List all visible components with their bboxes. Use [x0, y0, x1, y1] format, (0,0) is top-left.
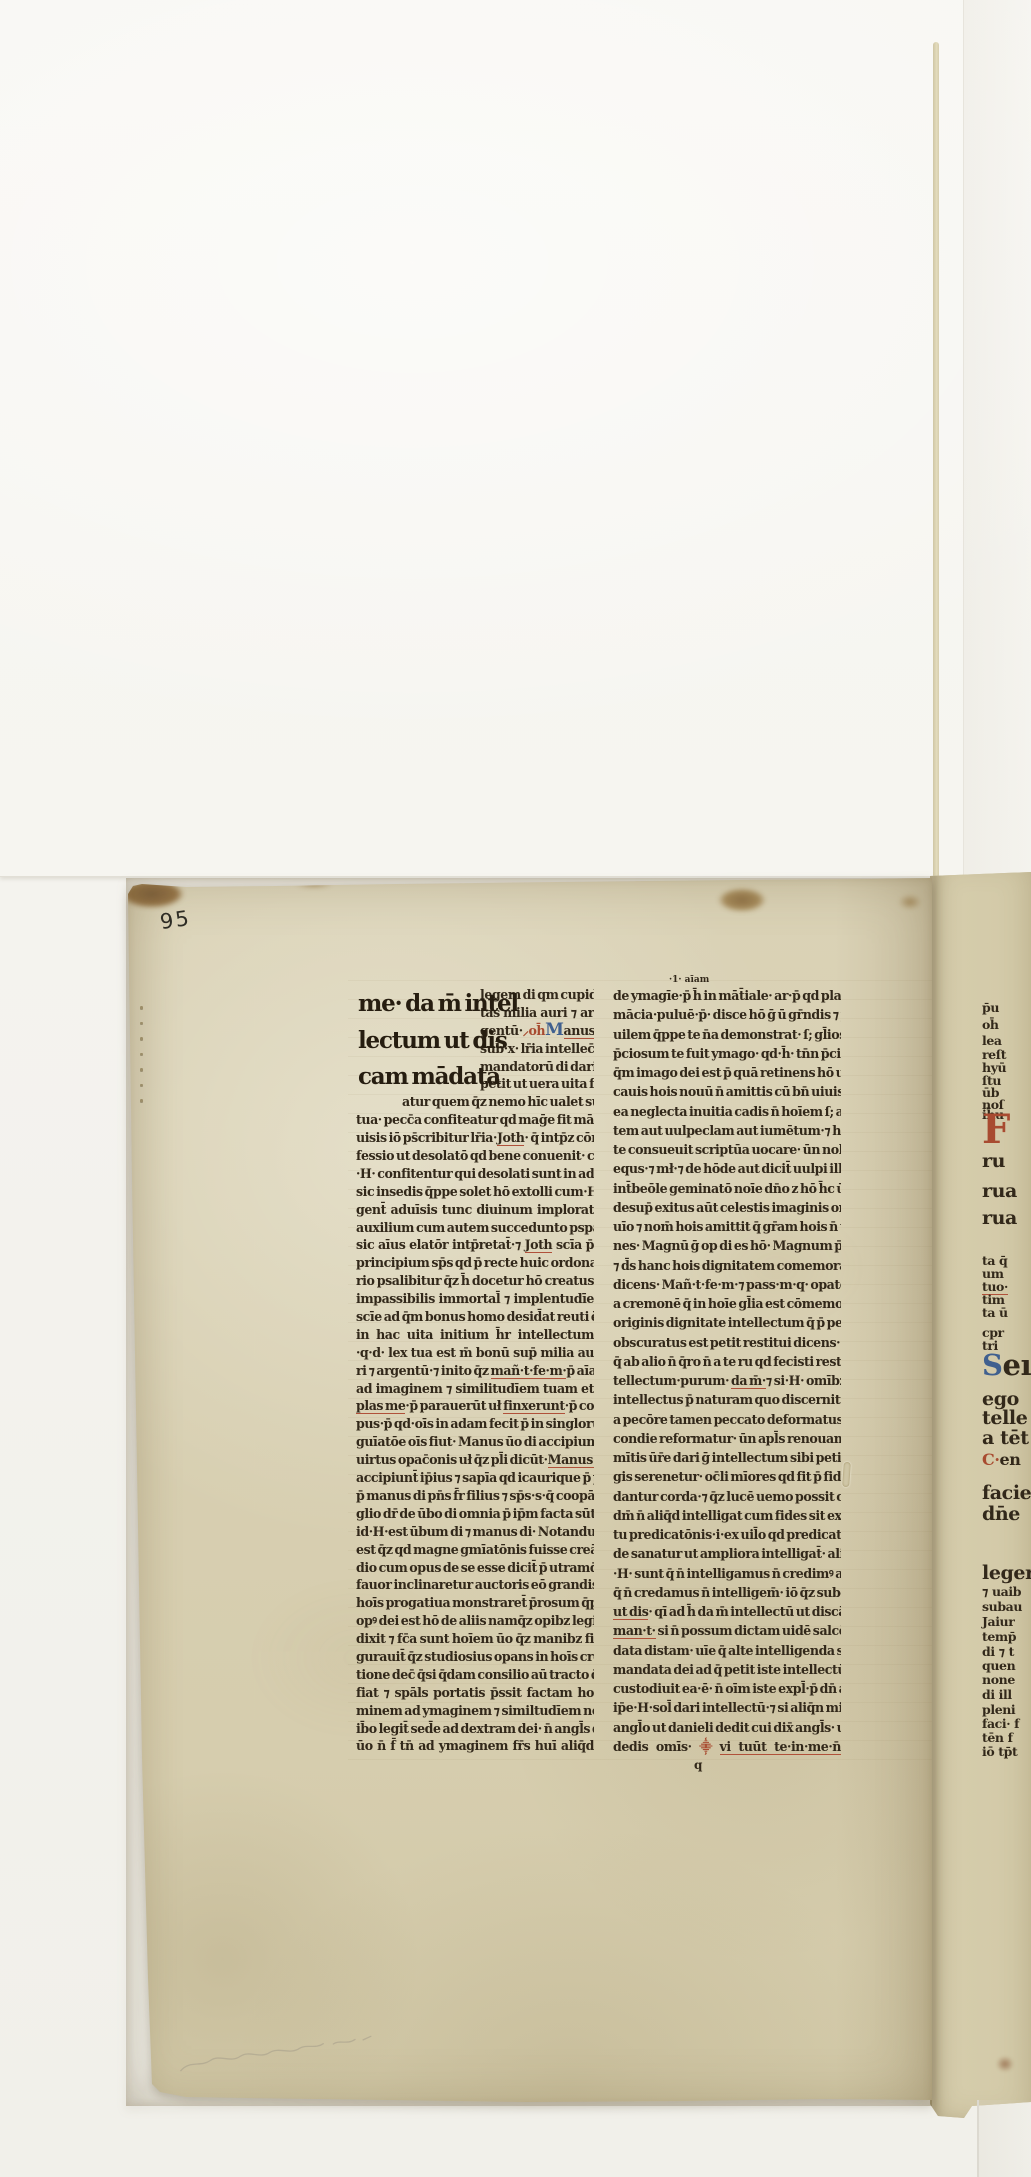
red-underlined-lemma: Manus t·: [548, 1452, 594, 1468]
manuscript-leaf: 95 me· da m̄ intel lectum ut dis cam mād…: [126, 878, 932, 2106]
gloss-line: condie reformatur· ūn apl̄s renouamini s…: [613, 1429, 841, 1448]
conjoint-leaf-line: temp̄: [982, 1629, 1016, 1644]
gloss-line: id·H·est ūbum di ⁊ manus di· Notandum: [356, 1523, 594, 1541]
gloss-line: custodiuit ea·ē· n̄ oīm iste expl̄·p̄ dn…: [613, 1679, 841, 1698]
gloss-line: dm̄ n̄ aliq̄d intelligat cum fides sit e…: [613, 1506, 841, 1525]
gloss-line: fauor inclinaretur auctoris eō grandissi…: [356, 1576, 594, 1594]
rubric-text: ⸎: [699, 1739, 712, 1754]
gloss-line: uilem q̄ppe te n̄a demonstrat· ſ; gl̄ios…: [613, 1025, 841, 1044]
gloss-line: mandata dei ad q̄ petit iste intellectū …: [613, 1660, 841, 1679]
gloss-line: gis serenetur· oc̄li mīores qd fit p̄ fi…: [613, 1467, 841, 1486]
gloss-line: originis dignitate intellectum q̄ p̄ pec…: [613, 1313, 841, 1332]
gloss-line: a pecōre tamen peccato deformatus est et: [613, 1410, 841, 1429]
gloss-line: tu predicatōnis·i·ex uil̄o qd predicatur…: [613, 1525, 841, 1544]
conjoint-leaf-line: ru: [982, 1150, 1005, 1172]
gloss-line: ·q·d· lex tua est m̄ bonū sup̄ milia au: [356, 1344, 594, 1362]
gloss-line: p̄ciosum te fuit ymago· qd·h̄· tn̄n p̄ci…: [613, 1044, 841, 1063]
gloss-line: est q̄z qd magne gmīatōnis fuisse creā: [356, 1541, 594, 1559]
gloss-line: dedis omīs· ⸎ vi tuūt te·in·me·n̄: [613, 1737, 841, 1756]
gloss-line: desup̄ exitus aūt celestis imaginis om̄i…: [613, 1198, 841, 1217]
text-column-1: me· da m̄ intel lectum ut dis cam mādata…: [356, 986, 594, 1755]
gloss-line: ip̄e·H·sol̄ dari intellectū·⁊ si aliq̄n …: [613, 1698, 841, 1717]
conjoint-leaf-line: rua: [982, 1207, 1017, 1229]
gloss-line: atur quem q̄z nemo hīc ualet suffi: [402, 1093, 594, 1111]
foliation-number: 95: [158, 906, 192, 934]
conjoint-leaf-line: leger: [982, 1562, 1031, 1584]
gloss-line: ri ⁊ argentū·⁊ inito q̄z mañ·t·fe·m·p̄ a…: [356, 1362, 594, 1380]
red-underlined-lemma: Joth: [525, 1237, 553, 1253]
gloss-line: mītis ūr̄e dari ḡ intellectum sibi petit…: [613, 1448, 841, 1467]
gloss-line: intellectus p̄ naturam quo discernitur h…: [613, 1390, 841, 1409]
gloss-line: uisis iō ps̄cribitur lr̄ia·Joth· q̄ intp…: [356, 1129, 594, 1147]
gloss-line: q̄m imago dei est p̄ quā retinens hō uit…: [613, 1063, 841, 1082]
gloss-line: rio psalibitur q̄z h̄ docetur hō creatus: [356, 1272, 594, 1290]
gloss-line: fiat ⁊ spāls portatis p̄ssit factam ho: [356, 1684, 594, 1702]
conjoint-leaf-line: telle: [982, 1407, 1027, 1429]
red-underlined-lemma: vi tuūt te·in·me·n̄: [720, 1739, 841, 1755]
gloss-line: ūo n̄ f̄ tn̄ ad ymaginem fr̄s huī aliq̄d: [356, 1737, 594, 1755]
gloss-line: ⁊ d̄s hanc hois dignitatem comemorat̄ h̄: [613, 1256, 841, 1275]
gloss-line: int̄beōle geminatō noīe dn̄o z hō h̄c ūe…: [613, 1179, 841, 1198]
lemma-block: me· da m̄ intel lectum ut dis cam mādata: [358, 986, 480, 1096]
conjoint-leaf-line: subau: [982, 1599, 1022, 1614]
gloss-line: opꝰ dei est hō de aliis namq̄z opibz leg…: [356, 1612, 594, 1630]
gloss-line: ·H· confitentur qui desolati sunt in adi…: [356, 1165, 594, 1183]
conjoint-leaf-line: pleni: [982, 1702, 1015, 1717]
gloss-line: gent̄ aduīsis tunc diuinum implorat: [356, 1201, 594, 1219]
gloss-line: plas me·p̄ parauerūt uł finxerunt·p̄ cor: [356, 1397, 594, 1415]
gloss-line: in hac uita initium h̄r intellectum: [356, 1326, 594, 1344]
conjoint-leaf-line: rua: [982, 1180, 1017, 1202]
red-underlined-lemma: man·t·: [613, 1623, 656, 1639]
corner-stain: [120, 880, 184, 908]
parchment-stain: [996, 2056, 1014, 2072]
gloss-line: tione dec̄ q̄si q̄dam consilio aū tracto…: [356, 1666, 594, 1684]
blue-initial: M: [545, 1022, 563, 1040]
gloss-line: angl̄o ut danieli dedit cui dix̄ angl̄s·…: [613, 1718, 841, 1737]
gloss-line: fessio ut desolatō qd bene conuenit· cum: [356, 1147, 594, 1165]
conjoint-leaf-line: facie: [982, 1482, 1031, 1504]
gloss-line: uīo ⁊ nom̄ hois amittit q̄ gr̄am hois n̄…: [613, 1217, 841, 1236]
gloss-line: de sanatur ut ampliora intelligat̄· alia: [613, 1544, 841, 1563]
gloss-line: dio cum opus de se esse dicit̄ p̄ utramq…: [356, 1559, 594, 1577]
manuscript-photo: { "photo": { "backing_sheet_color": "#f7…: [0, 0, 1031, 2177]
parchment-fold-edge-peek: [933, 42, 939, 878]
red-underlined-lemma: anus tē: [564, 1023, 594, 1039]
backing-paper-right: [964, 0, 1031, 876]
red-underlined-lemma: mañ·t·fe·m·: [491, 1363, 567, 1379]
gloss-line: te consueuit scriptūa uocare· ūn nolite …: [613, 1140, 841, 1159]
parchment-flaw: [842, 1462, 851, 1487]
rubric-text: F: [982, 1106, 1010, 1153]
conjoint-leaf-line: dn̄e: [982, 1503, 1020, 1525]
conjoint-leaf-line: di ⁊ t: [982, 1644, 1014, 1659]
text-column-2: ·1· aīam de ymagīe·p̄ h̄ in māt̄iale· ar…: [613, 986, 841, 1756]
gloss-line: cauis hois nouū n̄ amittis cū bn̄ uiuis …: [613, 1082, 841, 1101]
conjoint-leaf-line: oh̄: [982, 1017, 999, 1032]
lemma-line: me· da m̄ intel: [358, 986, 480, 1023]
conjoint-leaf-line: lea: [982, 1033, 1002, 1048]
interleaf-sheet: [0, 0, 1031, 877]
top-stain: [718, 888, 766, 912]
gloss-line: minem ad ymaginem ⁊ similtudīem no·: [356, 1702, 594, 1720]
gloss-line: mācia·puluē·p̄· disce hō ḡ ū gr̄ndis ⁊ p…: [613, 1005, 841, 1024]
gloss-line: sic insedis q̄ppe solet hō extolli cum·H…: [356, 1183, 594, 1201]
conjoint-leaf-line: tēn f: [982, 1730, 1013, 1745]
gloss-line: de ymagīe·p̄ h̄ in māt̄iale· ar·p̄ qd pl…: [613, 986, 841, 1005]
conjoint-leaf-line: iō tp̄t: [982, 1744, 1017, 1759]
gloss-line: ad imaginem ⁊ similitudīem tuam et: [356, 1380, 594, 1398]
gloss-line: ut dis· qī ad h̄ da m̄ intellectū ut dis…: [613, 1602, 841, 1621]
gloss-line: pus·p̄ qd·oīs in adam fecit p̄ in singlo…: [356, 1415, 594, 1433]
gloss-line: data distam· uīe q̄ alte intelligenda si…: [613, 1641, 841, 1660]
conjoint-leaf-line: ta ū: [982, 1305, 1008, 1320]
gloss-line: q̄ n̄ credamus n̄ intelligem̄· iō q̄z su…: [613, 1583, 841, 1602]
gloss-line: ea neglecta inuitia cadis n̄ hoīem ſ; au…: [613, 1102, 841, 1121]
conjoint-leaf-line: C·en: [982, 1450, 1021, 1469]
red-underlined-lemma: ut dis: [613, 1604, 648, 1620]
conjoint-leaf-line: none: [982, 1672, 1015, 1687]
gloss-line: equs·⁊ mł·⁊ de hōde aut dicit̄ uulpi ill…: [613, 1159, 841, 1178]
gloss-line: dicens· Mañ·t·fe·m·⁊ pass·m·q· opato in: [613, 1275, 841, 1294]
red-underlined-lemma: Joth: [497, 1130, 525, 1146]
gloss-line: scīe ad q̄m bonus homo desid̄at reuti ē: [356, 1308, 594, 1326]
blue-initial: S: [982, 1348, 1003, 1382]
conjoint-leaf-line: Seı: [982, 1352, 1031, 1378]
conjoint-leaf-line: di ill: [982, 1687, 1012, 1702]
gloss-line: auxilium cum autem succedunto pspa: [356, 1219, 594, 1237]
rubric-text: C·: [982, 1450, 1000, 1469]
gloss-line: uirtus opac̄onis uł q̄z pl̄i dicūt·Manus…: [356, 1451, 594, 1469]
gloss-line: principium sp̄s qd p̄ recte huic ordona: [356, 1254, 594, 1272]
conjoint-leaf-line: faci· f: [982, 1716, 1019, 1731]
gloss-line: guīatōe oīs fiut· Manus ūo di accipiunt̄: [356, 1433, 594, 1451]
gloss-line: hoīs progatiua monstraret̄ p̄rosum q̄ppe: [356, 1594, 594, 1612]
edge-stain: [294, 879, 334, 889]
gloss-line: ib̄o legit̄ sed̄e ad dextram dei· n̄ ang…: [356, 1720, 594, 1738]
backing-sheet-shade: [979, 2100, 1031, 2177]
column2-heading: ·1· aīam: [669, 975, 709, 985]
lemma-line: cam mādata: [358, 1059, 480, 1096]
lemma-line: lectum ut dis: [358, 1023, 480, 1060]
conjoint-leaf-line: a tēt: [982, 1427, 1029, 1449]
gloss-line: obscuratus est petit restitui dicens· da…: [613, 1333, 841, 1352]
parchment-surface: 95 me· da m̄ intel lectum ut dis cam mād…: [126, 878, 932, 2106]
gloss-line: man·t· si n̄ possum dictam uidē salcē mā: [613, 1621, 841, 1640]
rubric-text: ⸝oh̄: [523, 1023, 546, 1038]
conjoint-leaf-line: quen: [982, 1658, 1015, 1673]
gloss-line: dantur corda·⁊ q̄z lucē uemo possit cred…: [613, 1487, 841, 1506]
conjoint-leaf-line: p̄u: [982, 1000, 999, 1015]
gloss-line: ·H· sunt q̄ n̄ intelligamus n̄ credimꝰ a…: [613, 1564, 841, 1583]
red-underlined-lemma: plas me: [356, 1398, 405, 1414]
red-underlined-lemma: da m̄·: [731, 1373, 766, 1389]
gloss-line: nes· Magnū ḡ op di es hō· Magnum p̄ qd d…: [613, 1236, 841, 1255]
top-right-stain: [898, 894, 922, 910]
gloss-line: gurauit̄ q̄z studiosius opans in hoīs cr…: [356, 1648, 594, 1666]
gloss-line: a cremonē q̄ in hoīe gl̄ia est cōmemorat…: [613, 1294, 841, 1313]
conjoint-leaf-line: ⁊ uaib: [982, 1584, 1021, 1599]
gloss-line: sic aīus elatōr intp̄retat̄·⁊ Joth scīa …: [356, 1236, 594, 1254]
column2-lines: de ymagīe·p̄ h̄ in māt̄iale· ar·p̄ qd pl…: [613, 986, 841, 1756]
gloss-line: tellectum·purum· da m̄·⁊ si·H· omībz mes…: [613, 1371, 841, 1390]
gloss-line: impassibilis immortal̄ ⁊ implentudīe: [356, 1290, 594, 1308]
catchword: q: [694, 1758, 702, 1772]
gloss-line: q̄ ab alio n̄ q̄ro n̄ a te ru qd fecisti…: [613, 1352, 841, 1371]
gloss-line: tem aut uulpeclam aut iumētum·⁊ huīsmodi: [613, 1121, 841, 1140]
pricking-marks: [140, 1006, 144, 1118]
column1-lines: legem di qm cupiditas milia auri ⁊ argen…: [356, 986, 594, 1755]
red-underlined-lemma: finxerunt: [503, 1398, 565, 1414]
gloss-line: dixit ⁊ fc̄a sunt hoīem ūo q̄z manibz fi: [356, 1630, 594, 1648]
conjoint-leaf-line: F: [982, 1113, 1010, 1147]
gloss-line: p̄ manus di pn̄s f̄r filius ⁊ sp̄s·s·q̄ …: [356, 1487, 594, 1505]
gloss-line: accipiunt̄ ip̄ius ⁊ sapīa qd icaurique p…: [356, 1469, 594, 1487]
gloss-line: glio dr̄ de ūbo di omnia p̄ ip̄m facta s…: [356, 1505, 594, 1523]
conjoint-leaf-line: Jaiur: [982, 1614, 1014, 1629]
gloss-line: tua· pecc̄a confiteatur qd maḡe fit mād: [356, 1111, 594, 1129]
